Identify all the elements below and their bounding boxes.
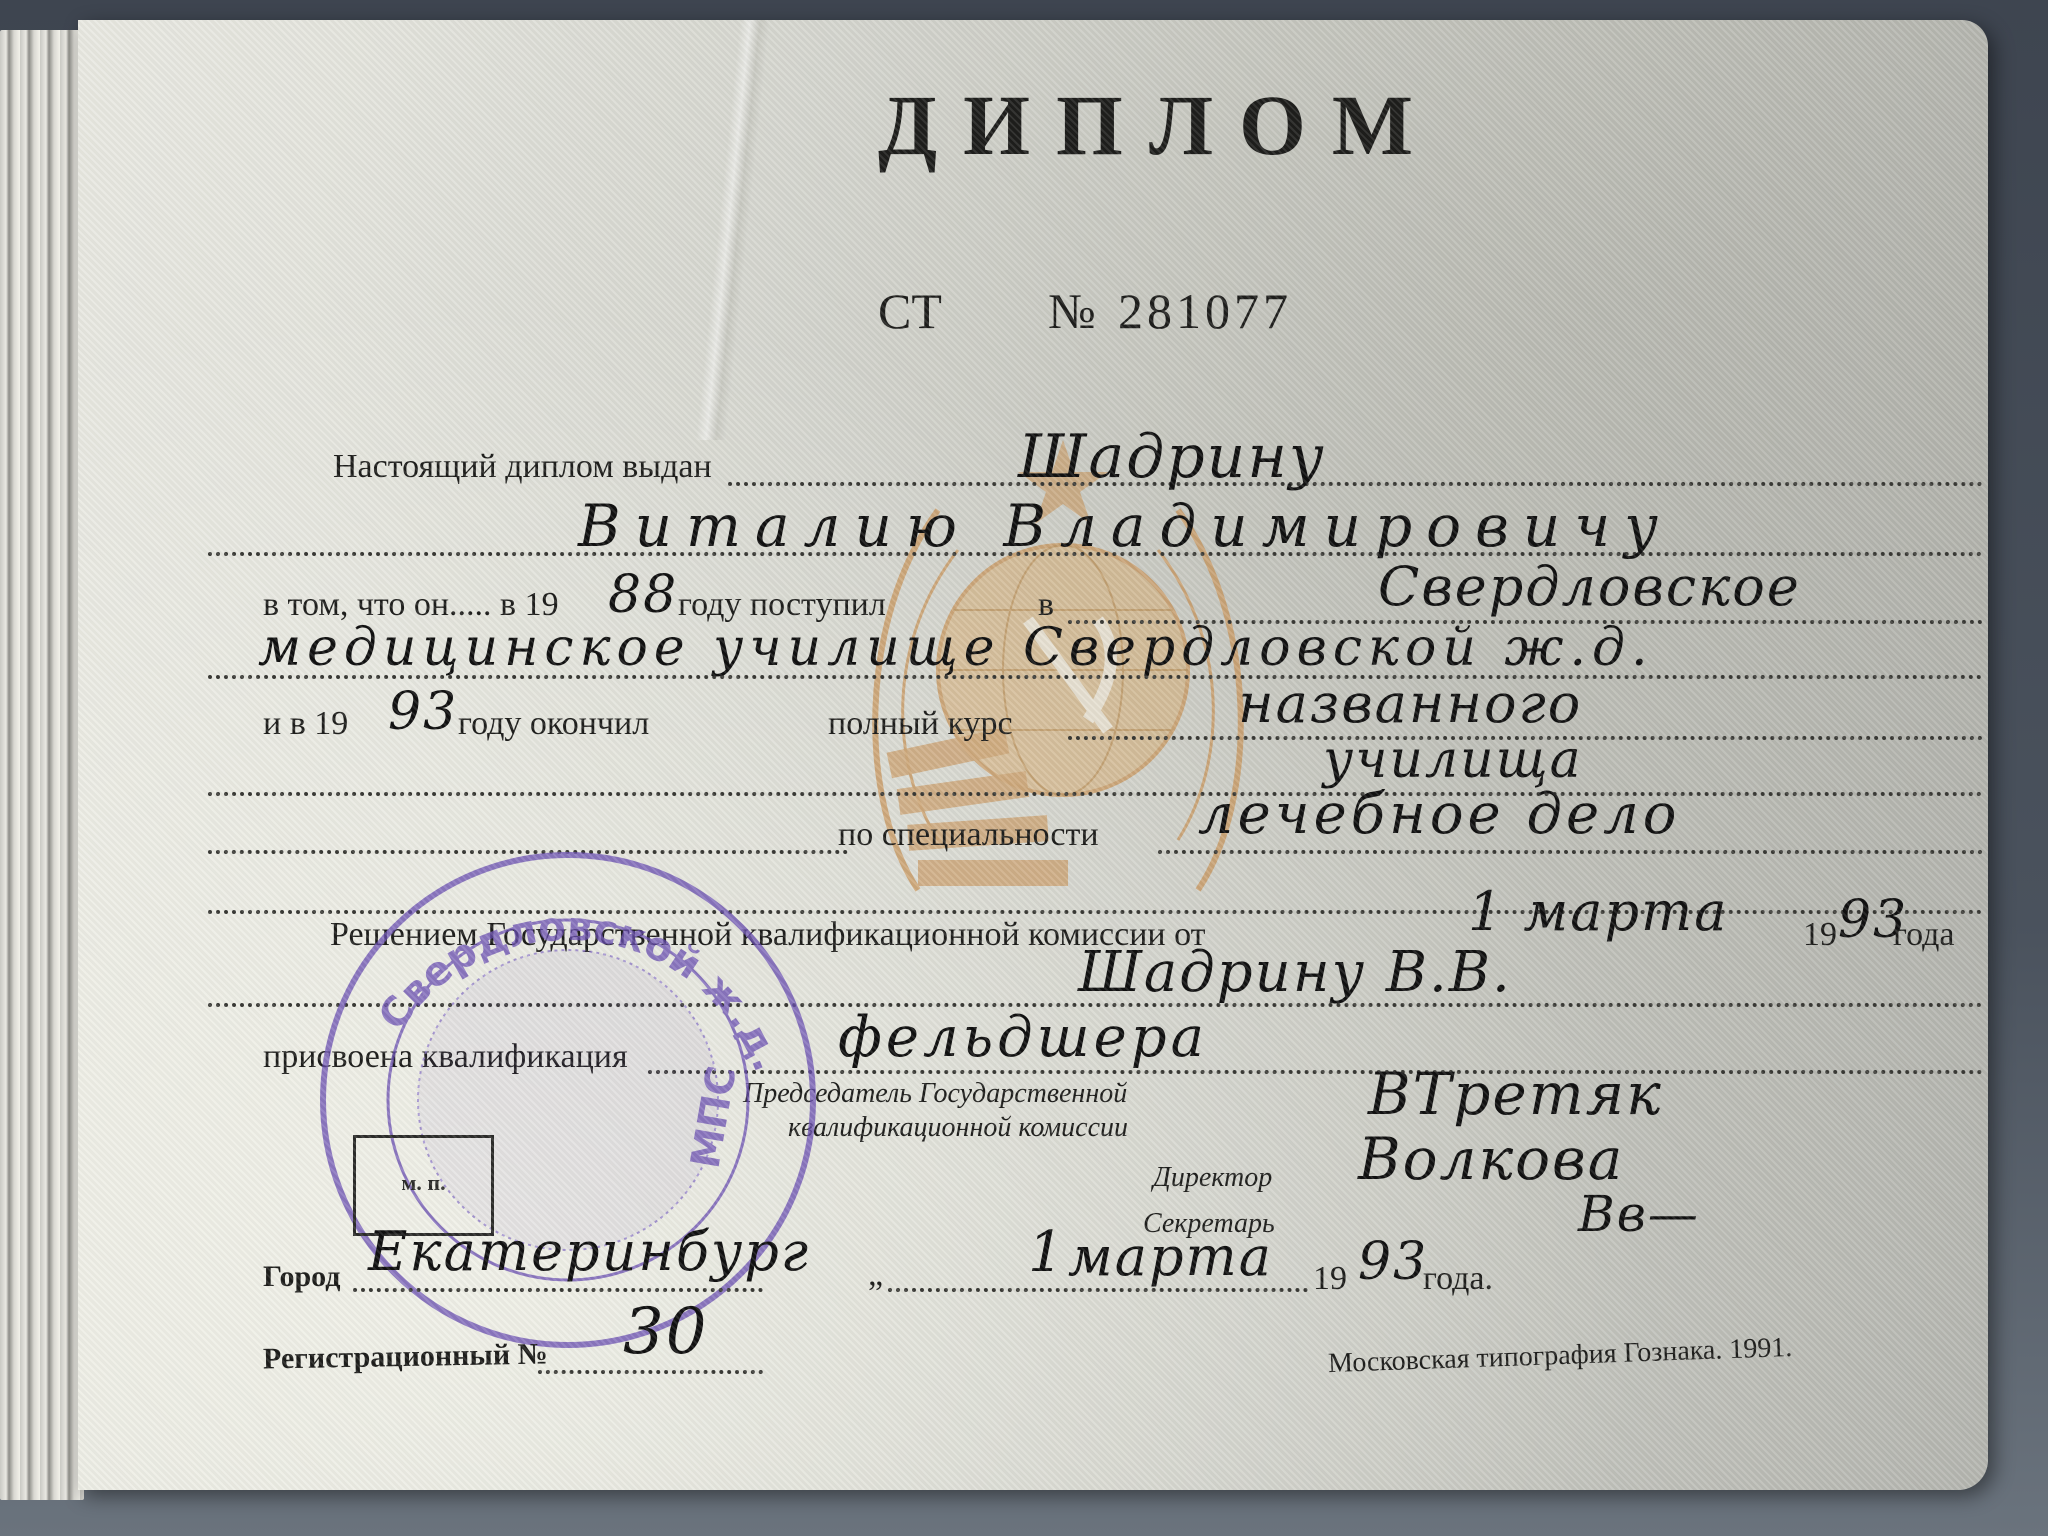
seal-placeholder-label: м. п.: [356, 1170, 491, 1196]
director-signature: Волкова: [1358, 1125, 1624, 1193]
decision-date: 1 марта: [1468, 880, 1728, 943]
director-label: Директор: [1153, 1162, 1272, 1194]
diploma-number: 281077: [1118, 282, 1292, 340]
number-sign: №: [1048, 282, 1096, 340]
recipient-short: Шадрину В.В.: [1078, 940, 1512, 1005]
date-line: [888, 1288, 1308, 1292]
city-value: Екатеринбург: [368, 1220, 810, 1283]
diploma-page: ДИПЛОМ СТ № 281077 Настоящий диплом выда…: [78, 20, 1988, 1490]
date-year: 93: [1358, 1232, 1428, 1292]
city-line: [353, 1288, 763, 1292]
issued-line: [728, 482, 1983, 486]
institution-line-2-value: медицинское училище Свердловской ж.д.: [258, 618, 1653, 678]
full-course-line-2: [208, 792, 1983, 796]
date-month: марта: [1068, 1225, 1273, 1288]
institution-line-1-value: Свердловское: [1378, 555, 1801, 618]
decision-year-suffix: года: [1893, 916, 1955, 954]
graduated-prefix: и в 19: [263, 705, 348, 743]
recipient-given-names: Виталию Владимировичу: [578, 492, 1672, 560]
full-course-value-1: названного: [1238, 672, 1582, 735]
specialty-value: лечебное дело: [1198, 782, 1681, 847]
registration-line: [538, 1370, 763, 1374]
decision-year-prefix: 19: [1803, 916, 1837, 954]
paper-fold: [696, 20, 770, 440]
qualification-value: фельдшера: [838, 1005, 1208, 1070]
document-title: ДИПЛОМ: [878, 75, 1439, 175]
date-quote: „: [868, 1256, 883, 1294]
recipient-surname: Шадрину: [1018, 422, 1326, 492]
full-course-label: полный курс: [828, 705, 1013, 743]
specialty-label: по специальности: [838, 816, 1099, 854]
specialty-line: [1158, 850, 1983, 854]
date-year-suffix: года.: [1423, 1260, 1493, 1298]
chairman-signature: ВТретяк: [1368, 1060, 1663, 1128]
date-year-prefix: 19: [1313, 1260, 1347, 1298]
registration-value: 30: [623, 1295, 708, 1369]
date-day: 1: [1028, 1220, 1066, 1285]
page-stack-binding: [0, 30, 84, 1500]
graduated-year: 93: [388, 682, 458, 742]
issued-label: Настоящий диплом выдан: [333, 448, 712, 486]
city-label: Город: [263, 1260, 340, 1294]
printer-imprint: Московская типография Гознака. 1991.: [1328, 1332, 1793, 1380]
diploma-series: СТ: [878, 282, 942, 340]
full-course-value-2: училища: [1323, 730, 1583, 790]
qualification-line: [648, 1070, 1983, 1074]
chairman-label-2: квалификационной комиссии: [788, 1112, 1128, 1144]
registration-label: Регистрационный №: [263, 1338, 548, 1377]
secretary-signature: Вв—: [1578, 1185, 1700, 1243]
graduated-suffix: году окончил: [458, 705, 649, 743]
entered-year: 88: [608, 565, 678, 625]
